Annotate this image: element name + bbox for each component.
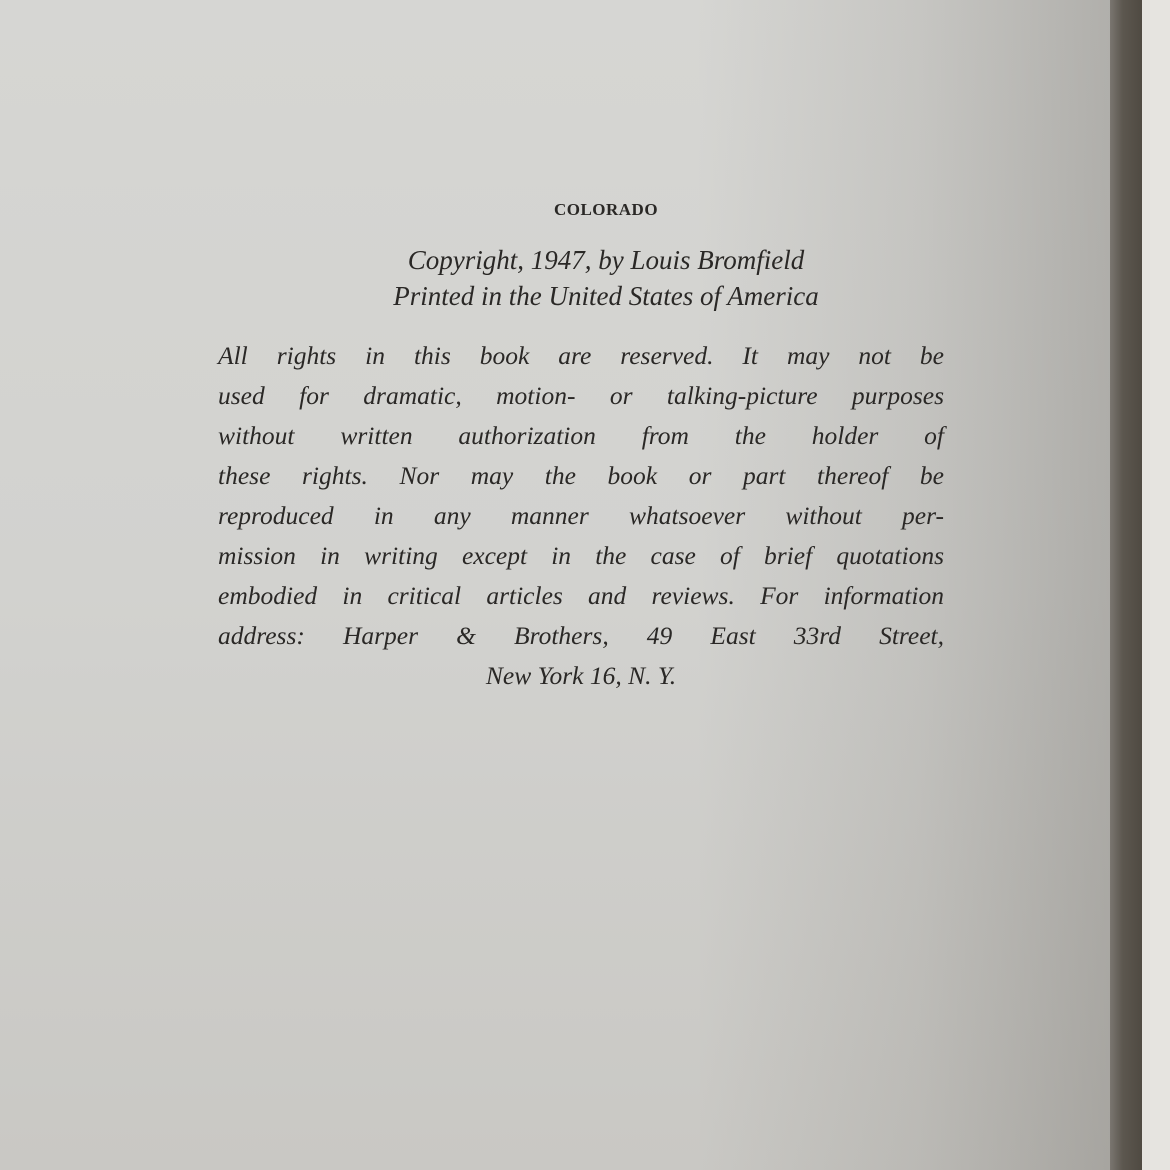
book-photo: COLORADO Copyright, 1947, by Louis Bromf…: [0, 0, 1170, 1170]
copyright-notice: Copyright, 1947, by Louis Bromfield Prin…: [218, 242, 944, 314]
rights-line: All rights in this book are reserved. It…: [218, 336, 944, 376]
copyright-line: Copyright, 1947, by Louis Bromfield: [268, 242, 944, 278]
rights-line: mission in writing except in the case of…: [218, 536, 944, 576]
rights-line: reproduced in any manner whatsoever with…: [218, 496, 944, 536]
book-title: COLORADO: [218, 200, 944, 220]
rights-line: these rights. Nor may the book or part t…: [218, 456, 944, 496]
printed-in-line: Printed in the United States of America: [268, 278, 944, 314]
rights-line: without written authorization from the h…: [218, 416, 944, 456]
rights-paragraph: All rights in this book are reserved. It…: [218, 336, 944, 696]
rights-line: used for dramatic, motion- or talking-pi…: [218, 376, 944, 416]
rights-line-address-city: New York 16, N. Y.: [218, 656, 944, 696]
copyright-block: COLORADO Copyright, 1947, by Louis Bromf…: [218, 200, 944, 696]
copyright-page: COLORADO Copyright, 1947, by Louis Bromf…: [0, 0, 1120, 1170]
rights-line: address: Harper & Brothers, 49 East 33rd…: [218, 616, 944, 656]
facing-page-edge: [1142, 0, 1170, 1170]
page-edge-shadow: [1110, 0, 1142, 1170]
rights-line: embodied in critical articles and review…: [218, 576, 944, 616]
